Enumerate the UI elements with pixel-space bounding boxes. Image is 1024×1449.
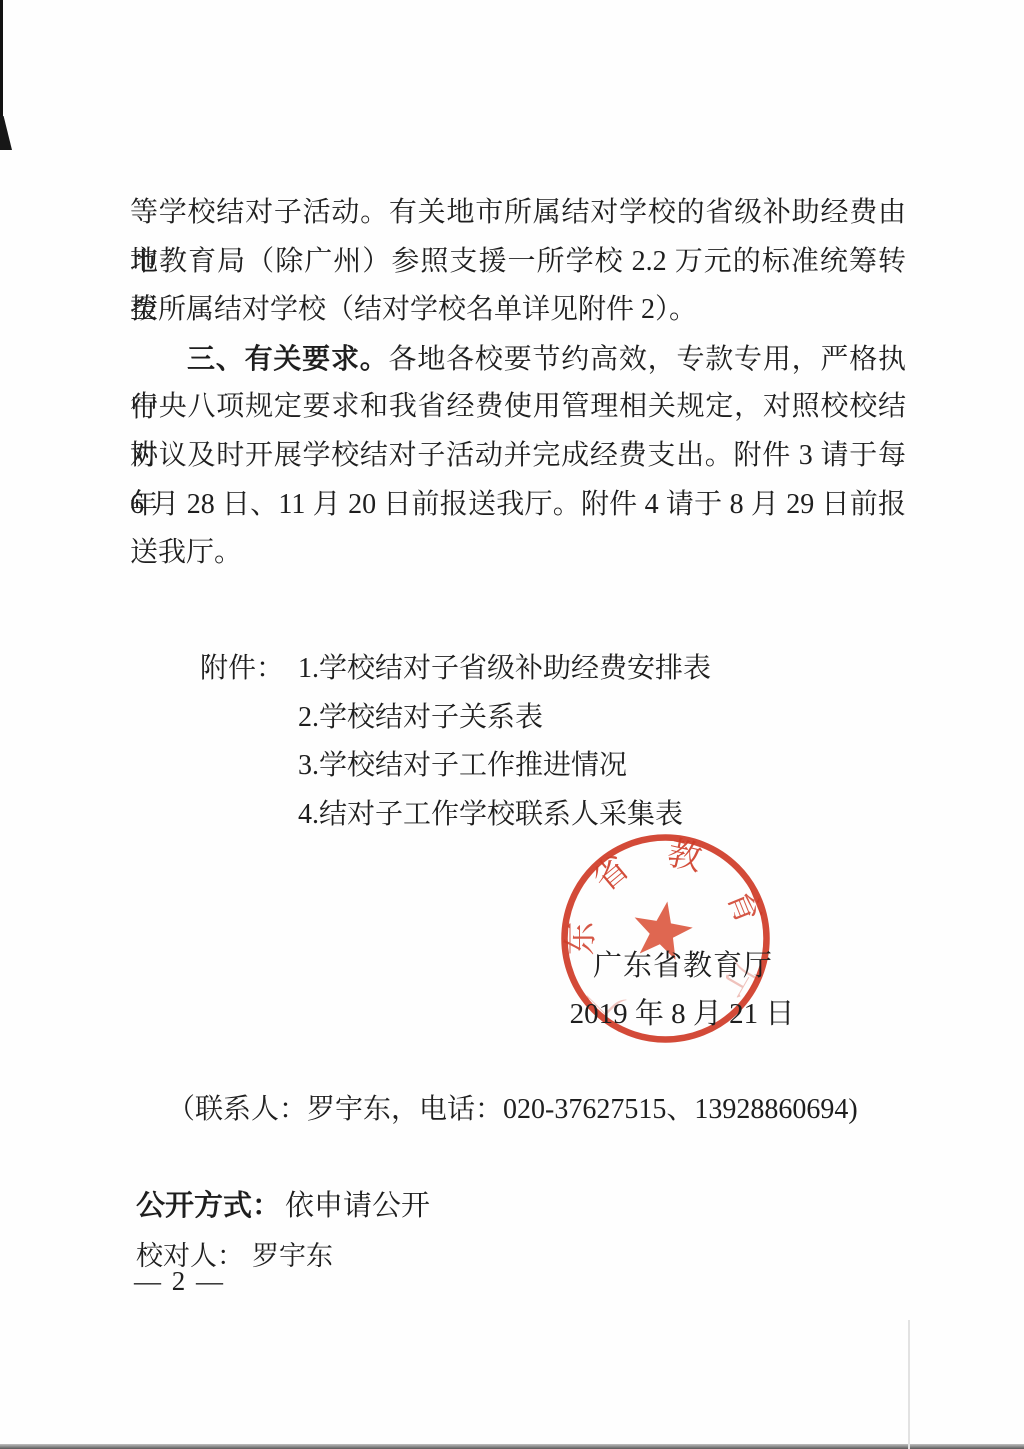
scan-artifact-bottom-edge	[0, 1444, 1024, 1449]
attachment-item: 1.学校结对子省级补助经费安排表	[298, 645, 711, 694]
scan-artifact-right-line	[908, 1320, 910, 1449]
body-line: 送我厅。	[130, 529, 906, 578]
issuing-agency: 广东省教育厅	[583, 943, 783, 984]
section-heading-bold: 三、有关要求。	[187, 343, 389, 374]
attachments-label: 附件：	[200, 645, 284, 694]
body-line-section-heading: 三、有关要求。各地各校要节约高效，专款专用，严格执行	[130, 335, 906, 384]
issue-date: 2019 年 8 月 21 日	[566, 991, 798, 1032]
body-line: 等学校结对子活动。有关地市所属结对学校的省级补助经费由地	[130, 189, 906, 238]
proofreader-value: 罗宇东	[252, 1241, 333, 1271]
body-line: 6 月 28 日、11 月 20 日前报送我厅。附件 4 请于 8 月 29 日…	[130, 481, 906, 530]
attachments-block: 附件： 1.学校结对子省级补助经费安排表 2.学校结对子关系表 3.学校结对子工…	[200, 645, 711, 839]
attachments-items: 1.学校结对子省级补助经费安排表 2.学校结对子关系表 3.学校结对子工作推进情…	[298, 645, 711, 839]
disclosure-method: 公开方式：依申请公开	[136, 1183, 430, 1224]
disclosure-value: 依申请公开	[285, 1190, 430, 1222]
scan-artifact-left-blob	[0, 116, 12, 150]
attachment-item: 2.学校结对子关系表	[298, 694, 711, 743]
document-body: 等学校结对子活动。有关地市所属结对学校的省级补助经费由地 市教育局（除广州）参照…	[130, 189, 906, 578]
disclosure-label: 公开方式：	[136, 1190, 281, 1222]
body-line: 至所属结对学校（结对学校名单详见附件 2）。	[130, 286, 906, 335]
contact-line: （联系人：罗宇东，电话：020-37627515、13928860694)	[167, 1087, 858, 1127]
body-line: 协议及时开展学校结对子活动并完成经费支出。附件 3 请于每年	[130, 432, 906, 481]
seal-char: 教	[664, 834, 706, 879]
seal-char: 育	[720, 884, 768, 930]
body-line: 中央八项规定要求和我省经费使用管理相关规定，对照校校结对	[130, 383, 906, 432]
seal-char: 省	[586, 848, 636, 899]
attachment-item: 3.学校结对子工作推进情况	[298, 742, 711, 791]
document-page: 等学校结对子活动。有关地市所属结对学校的省级补助经费由地 市教育局（除广州）参照…	[0, 0, 1024, 1449]
body-line: 市教育局（除广州）参照支援一所学校 2.2 万元的标准统筹转拨	[130, 238, 906, 287]
page-number: — 2 —	[134, 1266, 225, 1297]
